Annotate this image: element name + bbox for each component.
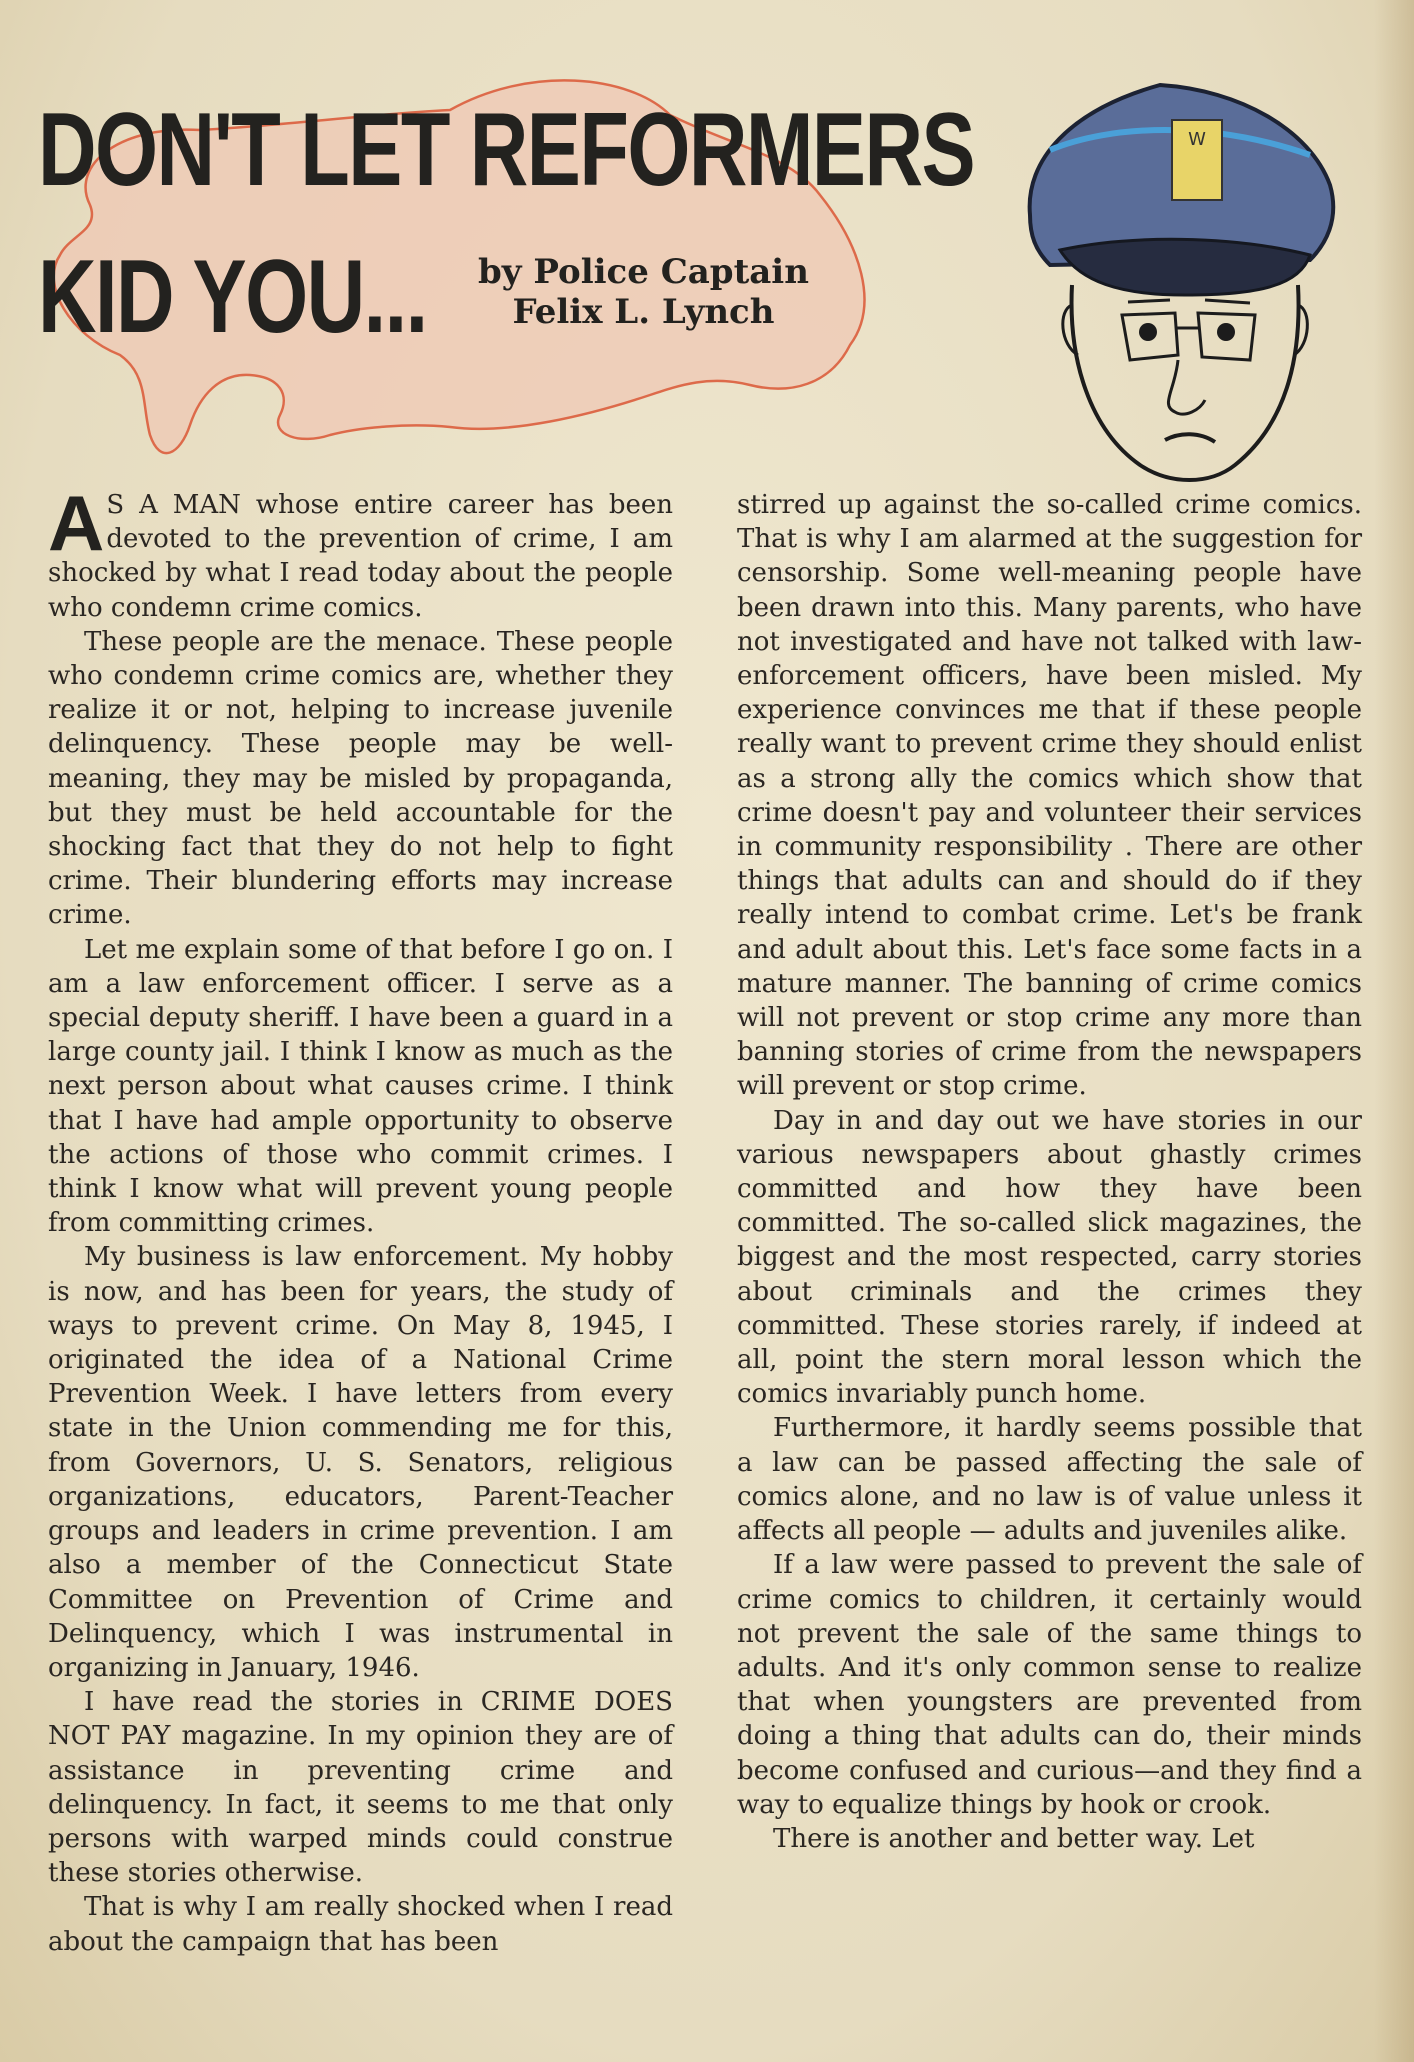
article-paragraph: That is why I am really shocked when I r… — [48, 1890, 673, 1958]
article-paragraph: Let me explain some of that before I go … — [48, 933, 673, 1241]
drop-cap: A — [48, 492, 104, 554]
article-column-left: AS A MAN whose entire career has been de… — [48, 488, 673, 1959]
byline: by Police Captain Felix L. Lynch — [478, 252, 809, 332]
police-officer-portrait: W — [1010, 70, 1350, 490]
lead-in: S A MAN — [106, 490, 241, 520]
article-column-right: stirred up against the so-called crime c… — [737, 488, 1362, 1856]
article-paragraph: Day in and day out we have stories in ou… — [737, 1104, 1362, 1412]
article-paragraph: Furthermore, it hardly seems possible th… — [737, 1411, 1362, 1548]
article-paragraph: My business is law enforcement. My hobby… — [48, 1240, 673, 1685]
headline-line-2: KID YOU... — [38, 245, 427, 349]
article-paragraph: These people are the menace. These peopl… — [48, 625, 673, 933]
byline-role: by Police Captain — [478, 252, 809, 292]
article-paragraph: AS A MAN whose entire career has been de… — [48, 488, 673, 625]
headline-line-1: DON'T LET REFORMERS — [38, 98, 974, 202]
svg-text:W: W — [1188, 129, 1206, 150]
page-edge-shadow — [1374, 0, 1414, 2062]
article-paragraph: If a law were passed to prevent the sale… — [737, 1548, 1362, 1822]
article-paragraph: There is another and better way. Let — [737, 1822, 1362, 1856]
byline-author: Felix L. Lynch — [478, 292, 809, 332]
article-paragraph: I have read the stories in CRIME DOES NO… — [48, 1685, 673, 1890]
article-paragraph: stirred up against the so-called crime c… — [737, 488, 1362, 1104]
comic-page: DON'T LET REFORMERS KID YOU... by Police… — [0, 0, 1414, 2062]
